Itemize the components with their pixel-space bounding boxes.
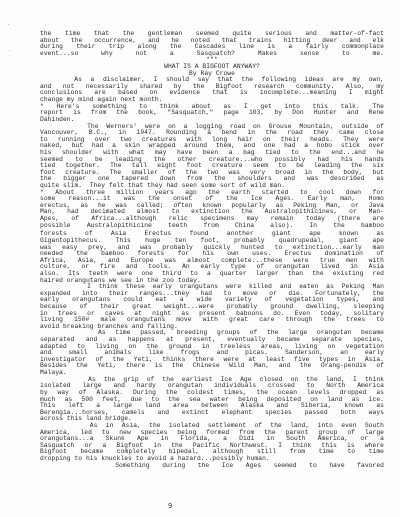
page-number: 9 — [168, 503, 172, 511]
text-line: Besides the Yeti, there is the Chinese W… — [40, 363, 384, 370]
text-line: report is from the book, "Sasquatch," pa… — [40, 110, 384, 117]
document-page: the time that the gentleman seemed quite… — [0, 0, 400, 517]
scan-speck — [8, 24, 9, 25]
article-body: the time that the gentleman seemed quite… — [40, 31, 384, 469]
text-line: Something during the Ice Ages seemed to … — [40, 463, 384, 470]
scan-speck — [9, 50, 10, 51]
text-line: possible Australopithicine teeth from Ch… — [40, 223, 384, 230]
